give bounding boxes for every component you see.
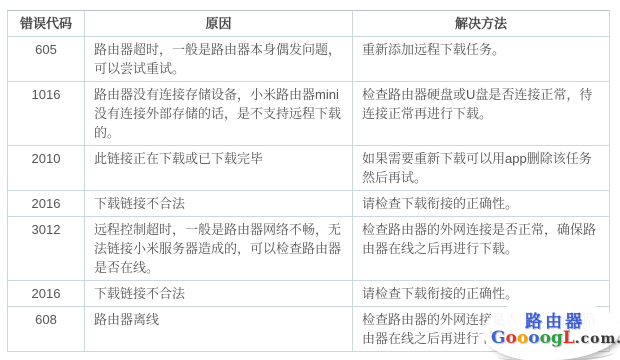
solution-cell: 请检查下载衔接的正确性。 [353, 191, 610, 217]
column-header-reason: 原因 [85, 11, 353, 37]
error-code-cell: 1016 [8, 82, 85, 146]
error-code-cell: 2016 [8, 191, 85, 217]
error-code-table: 错误代码 原因 解决方法 605 路由器超时，一般是路由器本身偶发问题，可以尝试… [7, 10, 610, 352]
logo-letter: o [506, 328, 517, 348]
logo-letter: g [551, 328, 563, 348]
solution-cell: 检查路由器的外网连接是否正常，确保路由器在线之后再进行下载。 [353, 217, 610, 281]
watermark: 路由器 GoooogL.com.cn [491, 305, 619, 359]
column-header-solution: 解决方法 [353, 11, 610, 37]
error-code-cell: 3012 [8, 217, 85, 281]
error-code-cell: 2016 [8, 281, 85, 307]
reason-cell: 路由器超时，一般是路由器本身偶发问题，可以尝试重试。 [85, 37, 353, 82]
logo-letter: o [540, 328, 551, 348]
watermark-logo: GoooogL.com.cn [491, 328, 619, 348]
error-code-cell: 605 [8, 37, 85, 82]
table-row: 3012 远程控制超时，一般是路由器网络不畅，无法链接小米服务器造成的，可以检查… [8, 217, 610, 281]
reason-cell: 此链接正在下载或已下载完毕 [85, 146, 353, 191]
column-header-error-code: 错误代码 [8, 11, 85, 37]
watermark-domain: .com.cn [575, 331, 620, 347]
reason-cell: 路由器没有连接存储设备，小米路由器mini没有连接外部存储的话，是不支持远程下载… [85, 82, 353, 146]
logo-letter: o [528, 328, 539, 348]
solution-cell: 如果需要重新下载可以用app删除该任务然后再试。 [353, 146, 610, 191]
table-row: 2010 此链接正在下载或已下载完毕 如果需要重新下载可以用app删除该任务然后… [8, 146, 610, 191]
table-header-row: 错误代码 原因 解决方法 [8, 11, 610, 37]
reason-cell: 下载链接不合法 [85, 281, 353, 307]
error-code-cell: 2010 [8, 146, 85, 191]
logo-letter: G [491, 328, 506, 348]
table-row: 1016 路由器没有连接存储设备，小米路由器mini没有连接外部存储的话，是不支… [8, 82, 610, 146]
error-code-cell: 608 [8, 307, 85, 352]
table-row: 605 路由器超时，一般是路由器本身偶发问题，可以尝试重试。 重新添加远程下载任… [8, 37, 610, 82]
reason-cell: 下载链接不合法 [85, 191, 353, 217]
solution-cell: 重新添加远程下载任务。 [353, 37, 610, 82]
logo-letter: o [517, 328, 528, 348]
reason-cell: 路由器离线 [85, 307, 353, 352]
reason-cell: 远程控制超时，一般是路由器网络不畅，无法链接小米服务器造成的，可以检查路由器是否… [85, 217, 353, 281]
page: 错误代码 原因 解决方法 605 路由器超时，一般是路由器本身偶发问题，可以尝试… [0, 0, 620, 360]
solution-cell: 检查路由器硬盘或U盘是否连接正常，待连接正常再进行下载。 [353, 82, 610, 146]
logo-letter: L [563, 328, 575, 348]
table-row: 2016 下载链接不合法 请检查下载衔接的正确性。 [8, 191, 610, 217]
